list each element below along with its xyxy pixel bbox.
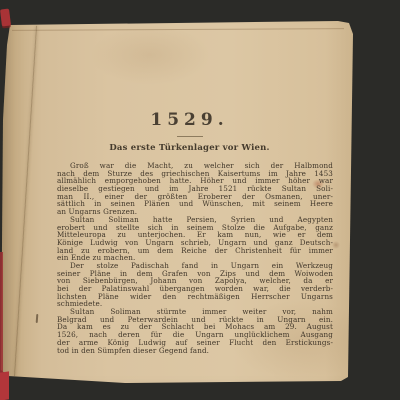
red-cover-edge-left <box>0 252 3 374</box>
scanned-book-photo: 1529. Das erste Türkenlager vor Wien. Gr… <box>0 0 400 400</box>
chapter-header: 1529. Das erste Türkenlager vor Wien. <box>57 110 322 153</box>
paragraph: Sultan Soliman hatte Persien, Syrien und… <box>57 216 333 262</box>
chapter-title: Das erste Türkenlager vor Wien. <box>57 143 322 153</box>
divider-rule <box>177 136 203 137</box>
gutter-crease <box>14 26 37 376</box>
paper-speck <box>36 314 39 323</box>
book-page: 1529. Das erste Türkenlager vor Wien. Gr… <box>0 0 400 400</box>
red-cover-mark-top <box>0 9 11 27</box>
text-line: tod in den Sümpfen dieser Gegend fand. <box>57 347 333 355</box>
red-cover-edge-bottom <box>0 371 9 400</box>
year-heading: 1529. <box>57 110 322 130</box>
page-top-edge-line <box>12 28 344 31</box>
body-text: Groß war die Macht, zu welcher sich der … <box>57 162 333 354</box>
paragraph: Groß war die Macht, zu welcher sich der … <box>57 162 333 216</box>
paragraph: Sultan Soliman stürmte immer weiter vor,… <box>57 308 333 354</box>
paragraph: Der stolze Padischah fand in Ungarn ein … <box>57 262 333 308</box>
